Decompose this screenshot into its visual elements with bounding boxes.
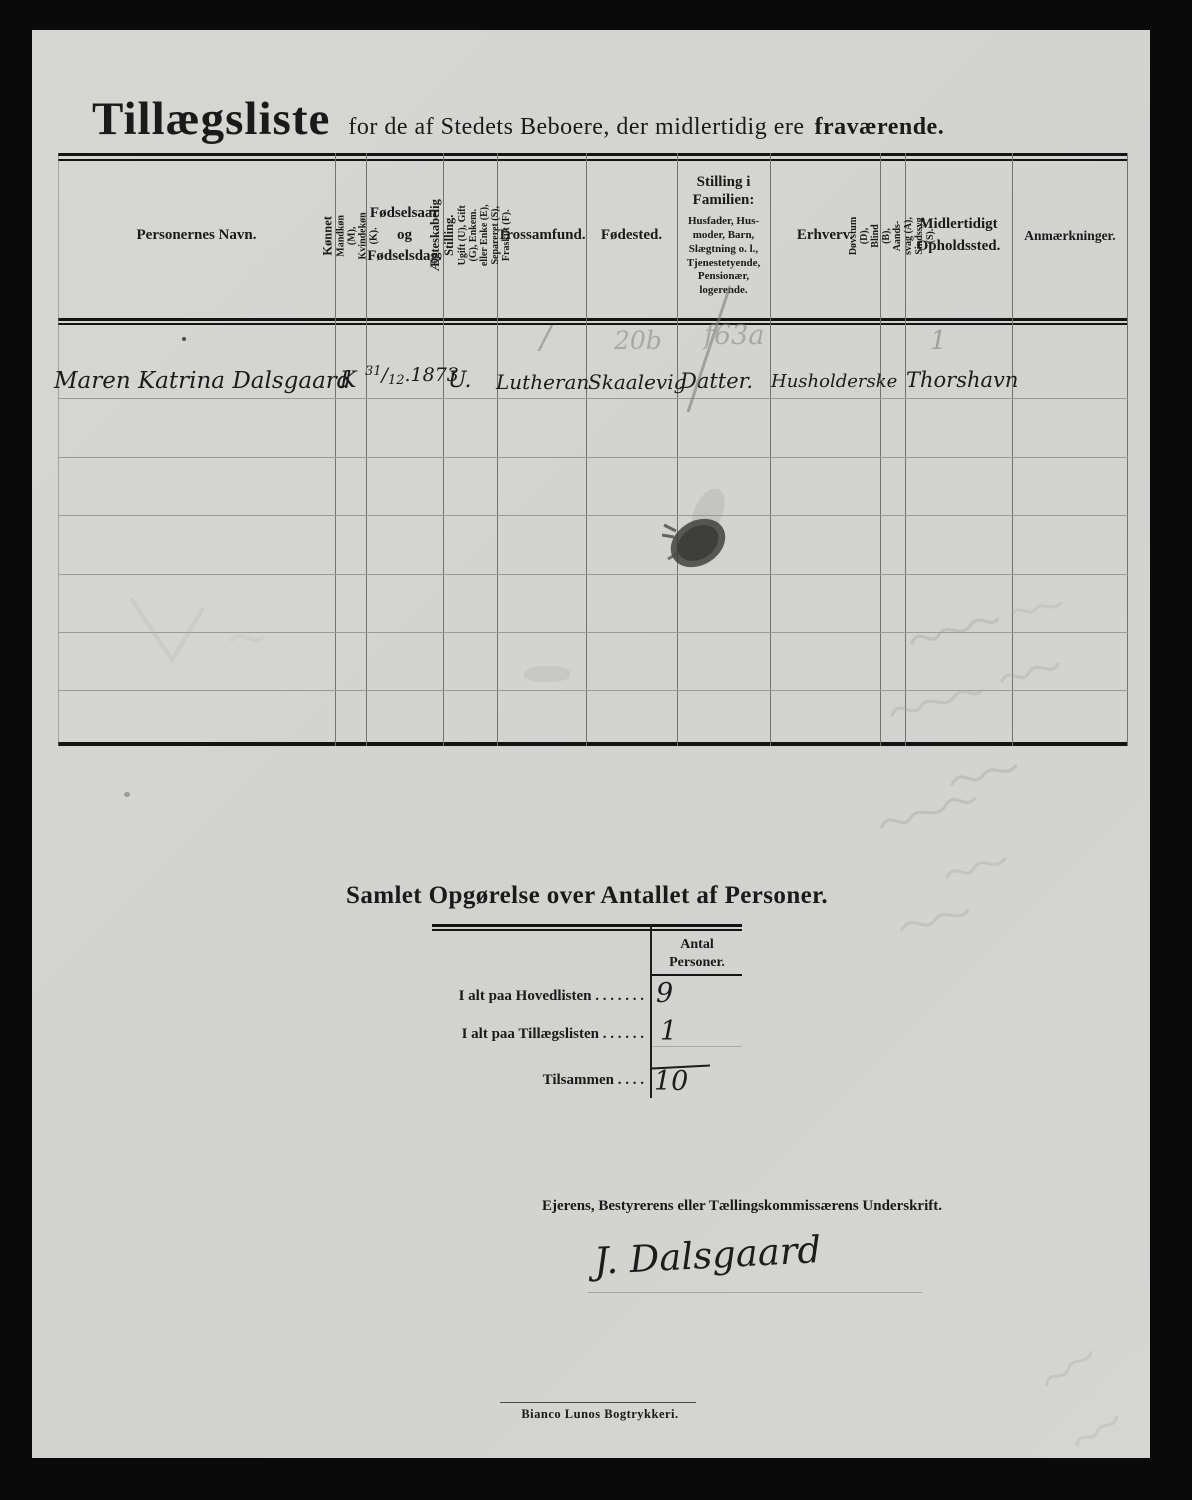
summary-value-tillaegslisten: 1 — [660, 1016, 677, 1047]
column-header-residence-line2: Opholdssted. — [917, 236, 1001, 258]
row-line — [58, 457, 1128, 458]
divider — [58, 323, 1128, 325]
row1-sex: K — [340, 368, 356, 393]
row-line — [58, 515, 1128, 516]
column-header-remarks-label: Anmærkninger. — [1024, 228, 1115, 244]
row-line — [58, 398, 1128, 399]
row1-name: Maren Katrina Dalsgaard — [54, 368, 352, 394]
pencil-slash-stroke — [672, 280, 752, 420]
pencil-mark-1: 1 — [930, 326, 947, 356]
row1-marital: U. — [448, 368, 472, 393]
ink-blot — [640, 485, 770, 615]
column-header-residence-line1: Midlertidigt — [919, 214, 997, 236]
column-header-marital-line2: Ugift (U), Gift (G), Enkem. — [456, 199, 478, 271]
column-header-family-sub3: Slægtning o. l., — [687, 243, 761, 257]
column-header-name-label: Personernes Navn. — [137, 225, 257, 247]
row1-birth-day: 31 — [365, 364, 382, 379]
title-main: Tillægsliste — [92, 93, 330, 145]
signature-handwritten: J. Dalsgaard — [593, 1228, 822, 1283]
summary-label-hovedlisten: I alt paa Hovedlisten . . . . . . . — [294, 988, 644, 1005]
row1-occupation: Husholderske — [771, 371, 897, 392]
column-header-residence: Midlertidigt Opholdssted. — [905, 153, 1012, 318]
page-title: Tillægsliste for de af Stedets Beboere, … — [92, 92, 1102, 146]
summary-value-tilsammen: 10 — [654, 1066, 688, 1097]
title-subtitle-emphasis: fraværende. — [815, 114, 945, 140]
column-header-disability-line1: Døvstum (D), Blind (B), Aands- — [849, 216, 904, 254]
row1-birthdate: 31/12.1873 — [365, 364, 459, 388]
summary-top-rule2 — [432, 929, 742, 931]
bleed-through-corner — [1017, 1325, 1157, 1485]
row1-birth-month: 12 — [388, 373, 405, 388]
summary-label-tillaegslisten: I alt paa Tillægslisten . . . . . . — [294, 1026, 644, 1043]
pencil-mark-20b: 20b — [614, 326, 662, 355]
summary-title: Samlet Opgørelse over Antallet af Person… — [262, 882, 912, 910]
column-header-sex-line1: Kønnet — [322, 212, 336, 259]
signature-caption: Ejerens, Bestyrerens eller Tællingskommi… — [432, 1198, 1052, 1215]
column-header-remarks: Anmærkninger. — [1012, 153, 1128, 318]
paper-smudge — [524, 666, 570, 682]
row1-residence: Thorshavn — [906, 368, 1018, 392]
column-header-religion: Trossamfund. — [497, 153, 586, 318]
row1-religion: Lutheran — [496, 370, 589, 394]
column-header-disability: Døvstum (D), Blind (B), Aands- svag (A),… — [880, 153, 905, 318]
printer-rule — [500, 1402, 696, 1403]
divider — [58, 318, 1128, 321]
summary-header-rule — [652, 974, 742, 976]
paper-speck — [124, 792, 130, 797]
signature-line — [588, 1292, 922, 1293]
pencil-mark-slash: / — [540, 318, 551, 356]
bleed-through-writing — [852, 585, 1152, 975]
summary-col-header-line1: Antal — [652, 936, 742, 954]
printer-imprint: Bianco Lunos Bogtrykkeri. — [450, 1407, 750, 1422]
column-header-family-sub2: moder, Barn, — [687, 229, 761, 243]
column-header-birth-line2: og — [397, 225, 412, 247]
column-header-occupation-label: Erhverv. — [797, 225, 853, 247]
title-subtitle: for de af Stedets Beboere, der midlertid… — [348, 114, 804, 140]
column-header-marital-line1: Ægteskabelig Stilling. — [429, 199, 457, 271]
column-header-religion-label: Trossamfund. — [497, 225, 585, 247]
summary-col-header: Antal Personer. — [652, 936, 742, 972]
column-header-sex: Kønnet Mandkøn (M), Kvindekøn (K). — [335, 153, 366, 318]
paper-speck — [182, 337, 186, 341]
column-header-name: Personernes Navn. — [58, 153, 335, 318]
summary-faint-line — [652, 1046, 742, 1047]
column-header-family-line2: Familien: — [693, 191, 755, 209]
column-header-family-sub4: Tjenestetyende, — [687, 257, 761, 271]
summary-value-hovedlisten: 9 — [656, 978, 673, 1009]
bleed-through-left — [92, 570, 332, 710]
column-header-family-line1: Stilling i — [693, 173, 755, 191]
summary-label-tilsammen: Tilsammen . . . . — [294, 1072, 644, 1089]
column-header-family-sub1: Husfader, Hus- — [687, 215, 761, 229]
census-form-page: Tillægsliste for de af Stedets Beboere, … — [32, 30, 1150, 1458]
summary-top-rule — [432, 924, 742, 927]
column-header-birthplace-label: Fødested. — [601, 225, 662, 247]
summary-col-header-line2: Personer. — [652, 954, 742, 972]
column-header-marital: Ægteskabelig Stilling. Ugift (U), Gift (… — [443, 153, 497, 318]
scanned-document: Tillægsliste for de af Stedets Beboere, … — [0, 0, 1192, 1500]
column-header-birthplace: Fødested. — [586, 153, 677, 318]
